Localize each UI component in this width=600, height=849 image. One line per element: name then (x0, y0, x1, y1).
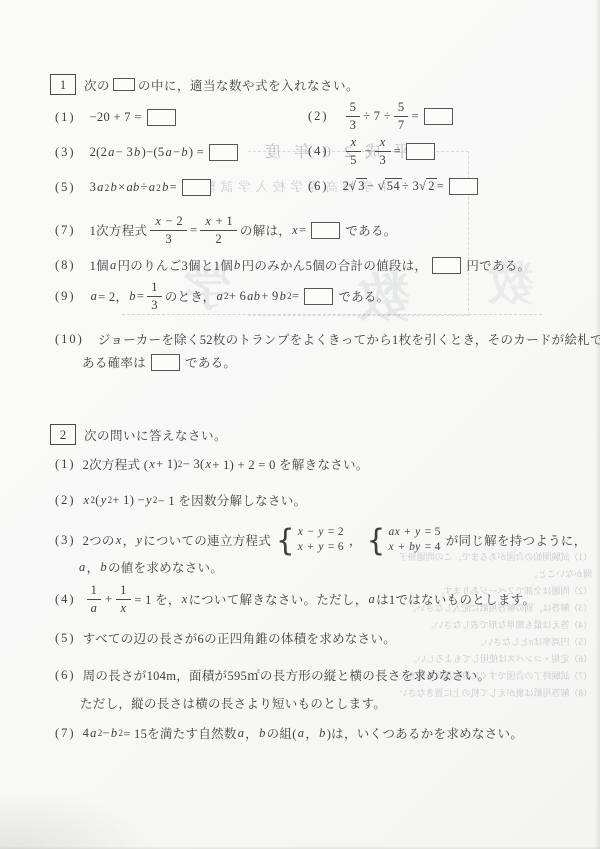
s1-problem-5: (5) 3a2b × ab ÷ a2b = (55, 179, 216, 196)
scanned-exam-page: 平成20年度 中学校高等学校入学試験 学 数 数 （1）試験開始の合図があるまで… (0, 0, 600, 849)
problem-body: ある確率はである。 (82, 353, 236, 371)
blank-box-icon (113, 78, 135, 91)
section-2-title: 次の問いに答えなさい。 (84, 426, 227, 444)
bleedthrough-line: （5）円周率はπとしなさい。 (400, 634, 592, 651)
section-2-number-box: 2 (50, 424, 76, 445)
problem-label: (6) (308, 179, 329, 194)
s1-problem-9: (9) a = 2，b = 13のとき，a2 + 6ab + 9b2 = である… (55, 278, 390, 314)
problem-body: 2次方程式 (x + 1)2 − 3(x + 1) + 2 = 0 を解きなさい… (83, 455, 369, 473)
answer-box (424, 108, 453, 125)
problem-body: 2(2a − 3b)−(5a − b) = (90, 144, 244, 161)
problem-body: 2つのx，yについての連立方程式 {x − y = 2x + y = 6，{ax… (83, 523, 587, 557)
s2-problem-6-line2: ただし，縦の長さは横の長さより短いものとします。 (80, 694, 386, 712)
answer-box (182, 179, 211, 196)
problem-label: (6) (55, 668, 76, 683)
s1-problem-10: (10) ジョーカーを除く52枚のトランプをよくきってから1枚を引くとき，そのカ… (55, 330, 600, 348)
s1-problem-10-line2: ある確率はである。 (82, 353, 236, 371)
s1-problem-8: (8) 1個a円のりんご3個と1個b円のみかん5個の合計の値段は，円である。 (55, 256, 530, 274)
problem-body: a，bの値を求めなさい。 (78, 558, 223, 576)
problem-body: 53 ÷ 7 ÷ 57 = (343, 100, 458, 132)
problem-label: (1) (55, 110, 76, 125)
problem-body: 周の長さが104m，面積が595㎡の長方形の縦と横の長さを求めなさい。 (83, 666, 491, 684)
s1-problem-7: (7) 1次方程式 x − 23 = x + 12 の解は，x = である。 (55, 212, 397, 248)
problem-body: 1個a円のりんご3個と1個b円のみかん5個の合計の値段は，円である。 (90, 256, 531, 274)
problem-body: 4a2 − b2 = 15を満たす自然数a，bの組(a，b)は，いくつあるかを求… (83, 724, 524, 742)
problem-body: 2√3 − √54 ÷ 3√2 = (343, 178, 484, 195)
problem-body: ジョーカーを除く52枚のトランプをよくきってから1枚を引くとき，そのカードが絵札… (98, 330, 600, 348)
answer-box (449, 178, 478, 195)
answer-box (304, 288, 333, 305)
problem-label: (5) (55, 631, 76, 646)
answer-box (147, 109, 176, 126)
bleedthrough-line: （8）解答用紙は裏がえして机の上に置きなさい。 (400, 685, 592, 702)
s2-problem-1: (1) 2次方程式 (x + 1)2 − 3(x + 1) + 2 = 0 を解… (55, 455, 369, 473)
problem-label: (7) (55, 726, 76, 741)
problem-label: (3) (55, 533, 76, 548)
s1-problem-6: (6) 2√3 − √54 ÷ 3√2 = (308, 178, 483, 195)
bleedthrough-line: （4）答えは最も簡単な形で表しなさい。 (400, 617, 592, 634)
problem-body: 1次方程式 x − 23 = x + 12 の解は，x = である。 (90, 214, 397, 246)
problem-body: x2(y2 + 1) − y2 − 1 を因数分解しなさい。 (83, 491, 307, 509)
problem-label: (10) (55, 332, 84, 347)
section-1-title-post: の中に，適当な数や式を入れなさい。 (138, 79, 359, 93)
section-1-title: 次のの中に，適当な数や式を入れなさい。 (84, 76, 359, 94)
answer-box (151, 354, 180, 371)
s2-problem-4: (4) 1a + 1x = 1 を，xについて解きなさい。ただし，aは1ではない… (55, 581, 535, 617)
problem-body: a = 2，b = 13のとき，a2 + 6ab + 9b2 = である。 (90, 280, 390, 312)
s1-problem-3: (3) 2(2a − 3b)−(5a − b) = (55, 144, 243, 161)
problem-label: (5) (55, 180, 76, 195)
section-1-title-pre: 次の (84, 79, 110, 93)
s2-problem-7: (7) 4a2 − b2 = 15を満たす自然数a，bの組(a，b)は，いくつあ… (55, 724, 523, 742)
problem-body: すべての辺の長さが6の正四角錐の体積を求めなさい。 (83, 629, 397, 647)
problem-body: 3a2b × ab ÷ a2b = (90, 179, 216, 196)
s2-problem-3-line2: a，bの値を求めなさい。 (78, 558, 223, 576)
problem-label: (1) (55, 457, 76, 472)
problem-label: (4) (308, 144, 329, 159)
s1-problem-1: (1) −20 + 7 = (55, 109, 181, 126)
problem-label: (4) (55, 592, 76, 607)
problem-body: ただし，縦の長さは横の長さより短いものとします。 (80, 694, 386, 712)
s2-problem-6: (6) 周の長さが104m，面積が595㎡の長方形の縦と横の長さを求めなさい。 (55, 666, 490, 684)
section-1-number-box: 1 (50, 74, 76, 95)
problem-label: (8) (55, 258, 76, 273)
page-edge-shadow (595, 0, 600, 849)
problem-label: (2) (55, 493, 76, 508)
s1-problem-2: (2) 53 ÷ 7 ÷ 57 = (308, 98, 458, 134)
s2-problem-3: (3) 2つのx，yについての連立方程式 {x − y = 2x + y = 6… (55, 522, 587, 558)
problem-label: (9) (55, 289, 76, 304)
answer-box (406, 143, 435, 160)
s1-problem-4: (4) x5 − x3 = (308, 133, 440, 169)
problem-body: 1a + 1x = 1 を，xについて解きなさい。ただし，aは1ではないものとし… (83, 583, 536, 615)
problem-label: (3) (55, 145, 76, 160)
answer-box (432, 257, 461, 274)
problem-body: −20 + 7 = (90, 109, 181, 126)
problem-body: x5 − x3 = (343, 135, 440, 167)
s2-problem-5: (5) すべての辺の長さが6の正四角錐の体積を求めなさい。 (55, 629, 396, 647)
problem-label: (2) (308, 109, 329, 124)
s2-problem-2: (2) x2(y2 + 1) − y2 − 1 を因数分解しなさい。 (55, 491, 306, 509)
problem-label: (7) (55, 223, 76, 238)
page-corner-smudge (0, 789, 160, 849)
answer-box (311, 222, 340, 239)
answer-box (209, 144, 238, 161)
